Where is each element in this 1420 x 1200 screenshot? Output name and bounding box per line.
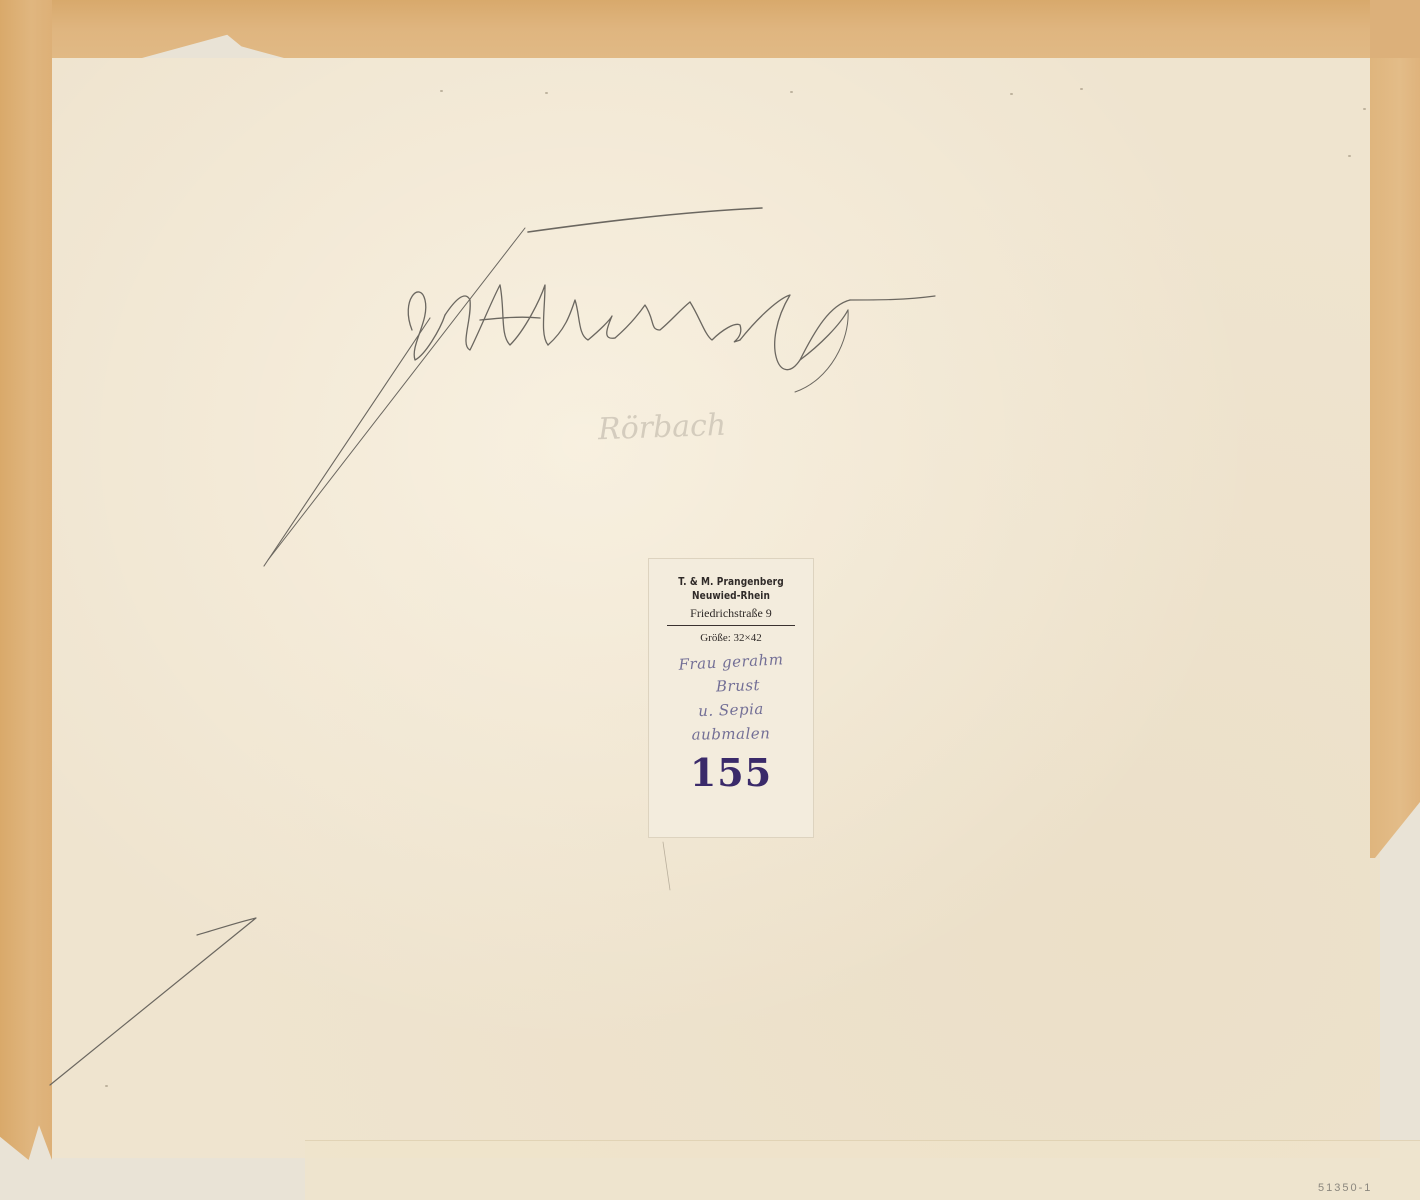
size-label: Größe: [700,632,731,644]
handwritten-line: aubmalen [649,721,813,748]
speck [1010,93,1013,95]
size-field: Größe: 32×42 [649,632,813,644]
framer-label: T. & M. Prangenberg Neuwied-Rhein Friedr… [648,558,814,838]
firm-name: T. & M. Prangenberg Neuwied-Rhein [664,575,798,603]
tape-strip-left [0,0,52,1160]
firm-name-line1: T. & M. Prangenberg [664,575,798,589]
tape-strip-right [1370,58,1420,858]
firm-name-line2: Neuwied-Rhein [664,589,798,603]
firm-street: Friedrichstraße 9 [649,606,813,621]
handwritten-note: Frau gerahm Brust u. Sepia aubmalen [649,650,813,746]
tape-strip-top-right [1370,0,1420,60]
tape-strip-bottom [305,1140,1420,1200]
speck [790,91,793,93]
speck [440,90,443,92]
stamped-number: 155 [649,750,813,795]
inventory-number: 51350-1 [1318,1182,1372,1194]
speck [105,1085,108,1087]
speck [1080,88,1083,90]
speck [545,92,548,94]
size-value: 32×42 [734,632,762,644]
speck [1348,155,1351,157]
speck [1363,108,1366,110]
faint-pencil-inscription: Rörbach [597,408,726,447]
label-divider [667,625,795,626]
